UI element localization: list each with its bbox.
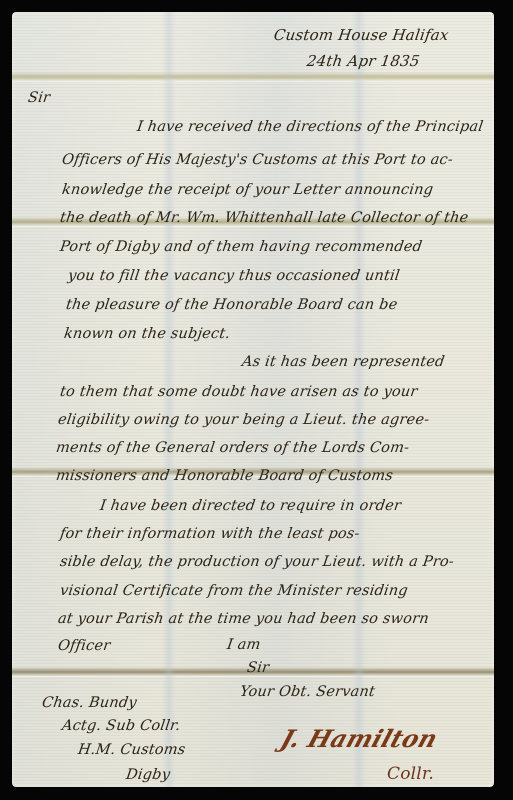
body-line: sible delay, the production of your Lieu… bbox=[59, 554, 455, 570]
addressee-line: Chas. Bundy bbox=[41, 695, 138, 711]
body-line: knowledge the receipt of your Letter ann… bbox=[61, 182, 434, 198]
body-line: you to fill the vacancy thus occasioned … bbox=[67, 268, 401, 284]
letter-date: 24th Apr 1835 bbox=[306, 52, 421, 70]
addressee-line: H.M. Customs bbox=[77, 742, 187, 758]
body-line: visional Certificate from the Minister r… bbox=[59, 583, 409, 599]
body-line: ments of the General orders of the Lords… bbox=[55, 440, 410, 456]
body-line: the pleasure of the Honorable Board can … bbox=[65, 297, 399, 313]
addressee-line: Digby bbox=[125, 767, 171, 783]
addressee-line: Actg. Sub Collr. bbox=[61, 718, 182, 734]
salutation: Sir bbox=[27, 90, 51, 106]
body-line: the death of Mr. Wm. Whittenhall late Co… bbox=[59, 210, 470, 226]
body-line: I have been directed to require in order bbox=[99, 498, 402, 514]
closing-line: I am bbox=[226, 637, 262, 653]
signature: J. Hamilton bbox=[277, 724, 441, 753]
body-line: for their information with the least pos… bbox=[59, 526, 361, 542]
body-line: known on the subject. bbox=[63, 326, 231, 342]
black-frame: Custom House Halifax 24th Apr 1835 Sir I… bbox=[0, 0, 513, 800]
body-line: Officers of His Majesty's Customs at thi… bbox=[61, 152, 454, 168]
body-line: As it has been represented bbox=[241, 354, 446, 370]
signature-title: Collr. bbox=[387, 764, 434, 784]
closing-line: Your Obt. Servant bbox=[239, 684, 376, 700]
body-line: I have received the directions of the Pr… bbox=[136, 119, 484, 135]
body-line: missioners and Honorable Board of Custom… bbox=[55, 468, 394, 484]
body-line: to them that some doubt have arisen as t… bbox=[59, 384, 419, 400]
letter-place: Custom House Halifax bbox=[273, 26, 450, 44]
body-line: at your Parish at the time you had been … bbox=[57, 611, 430, 627]
closing-line: Sir bbox=[246, 660, 270, 676]
body-line: Port of Digby and of them having recomme… bbox=[59, 239, 423, 255]
letter-paper: Custom House Halifax 24th Apr 1835 Sir I… bbox=[12, 12, 494, 787]
body-line: eligibility owing to your being a Lieut.… bbox=[57, 412, 431, 428]
body-line: Officer bbox=[57, 638, 112, 654]
fold-line bbox=[12, 72, 494, 82]
